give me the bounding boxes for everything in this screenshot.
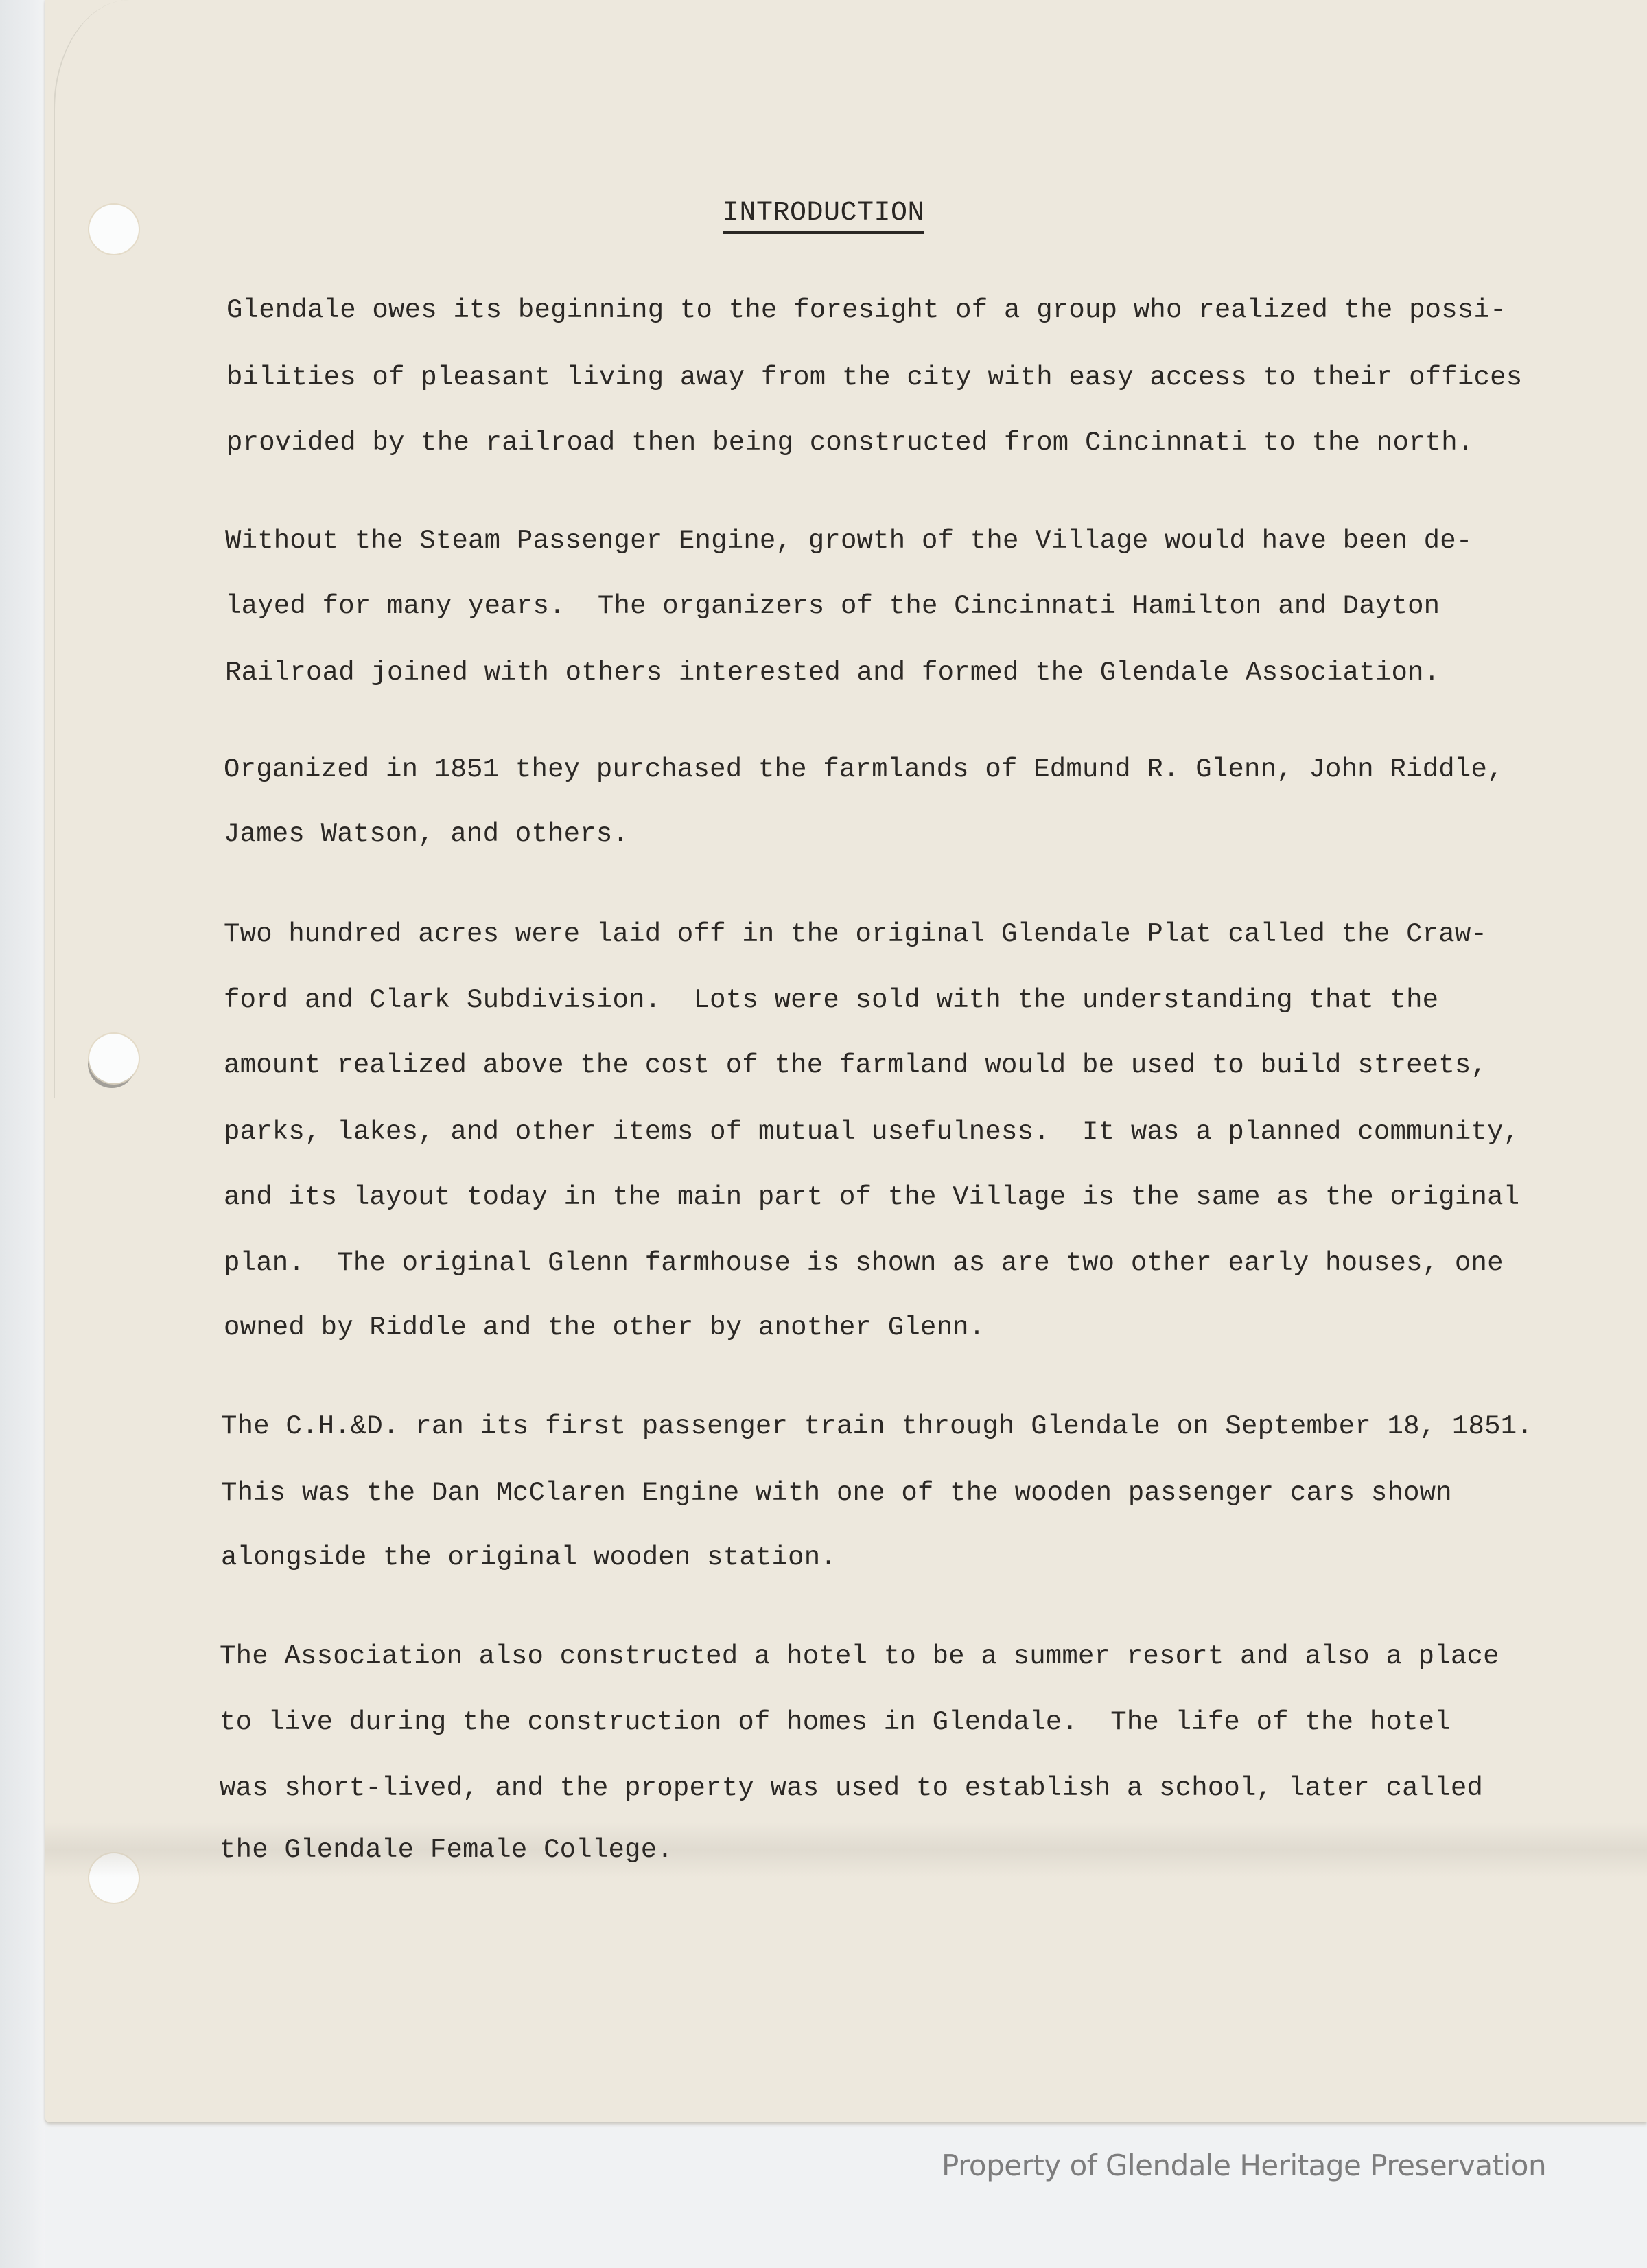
scanner-background-strip [0,0,45,2268]
text-line: Railroad joined with others interested a… [225,658,1440,688]
text-line: was short-lived, and the property was us… [220,1773,1483,1803]
text-line: parks, lakes, and other items of mutual … [224,1117,1519,1147]
text-line: Organized in 1851 they purchased the far… [224,754,1504,785]
text-line: alongside the original wooden station. [221,1542,837,1573]
text-line: Without the Steam Passenger Engine, grow… [225,526,1473,556]
text-line: ford and Clark Subdivision. Lots were so… [224,985,1438,1015]
text-line: provided by the railroad then being cons… [226,428,1474,458]
watermark-footer: Property of Glendale Heritage Preservati… [942,2149,1546,2182]
text-line: owned by Riddle and the other by another… [224,1312,985,1343]
text-line: This was the Dan McClaren Engine with on… [221,1478,1452,1508]
text-line: The C.H.&D. ran its first passenger trai… [221,1411,1533,1442]
text-line: plan. The original Glenn farmhouse is sh… [224,1248,1504,1278]
text-line: Two hundred acres were laid off in the o… [224,919,1487,949]
text-line: layed for many years. The organizers of … [225,591,1440,621]
text-line: Glendale owes its beginning to the fores… [226,295,1506,325]
punch-hole-bottom [89,1853,139,1903]
text-line: amount realized above the cost of the fa… [224,1050,1487,1080]
text-line: bilities of pleasant living away from th… [226,362,1522,393]
page-title: INTRODUCTION [0,198,1647,229]
text-line: and its layout today in the main part of… [224,1182,1519,1212]
text-line: to live during the construction of homes… [220,1707,1451,1737]
page-title-text: INTRODUCTION [723,198,924,234]
text-line: James Watson, and others. [224,819,629,849]
text-line: The Association also constructed a hotel… [220,1641,1499,1671]
text-line: the Glendale Female College. [220,1835,673,1865]
punch-hole-middle [89,1034,139,1083]
